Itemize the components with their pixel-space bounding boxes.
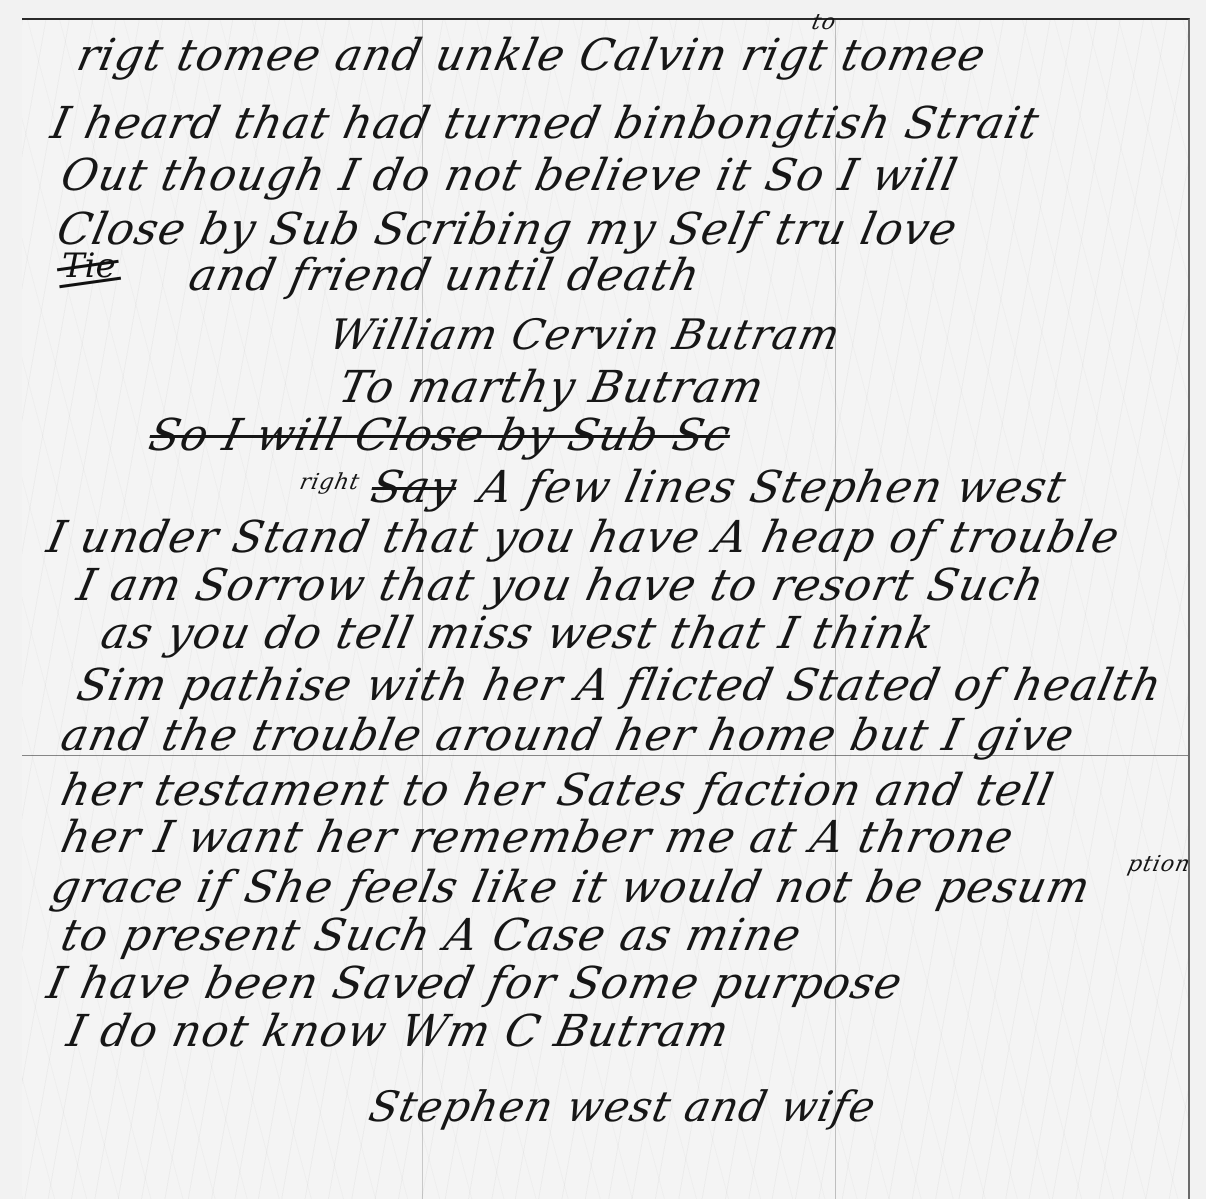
letter-line: rigt tomee and unkle Calvin rigt tomee — [73, 30, 991, 81]
letter-line: as you do tell miss west that I think — [97, 608, 939, 659]
struck-word: Say — [367, 462, 462, 513]
letter-line: to present Such A Case as mine — [57, 910, 807, 961]
letter-line: I have been Saved for Some purpose — [43, 958, 908, 1009]
letter-line: A few lines Stephen west — [475, 462, 1071, 513]
letter-line: Sim pathise with her A flicted Stated of… — [73, 660, 1167, 711]
recipient-line: To marthy Butram — [335, 362, 769, 413]
letter-line-with-signature: I do not know Wm C Butram — [63, 1006, 734, 1057]
letter-line: and the trouble around her home but I gi… — [57, 710, 1080, 761]
letter-line: I under Stand that you have A heap of tr… — [43, 512, 1125, 563]
letter-line: I heard that had turned binbongtish Stra… — [47, 98, 1044, 149]
letter-line: her testament to her Sates faction and t… — [57, 765, 1059, 816]
signature-william: William Cervin Butram — [325, 310, 845, 359]
signature-stephen-west: Stephen west and wife — [365, 1082, 881, 1131]
letter-line: Out though I do not believe it So I will — [57, 150, 963, 201]
letter-line: grace if She feels like it would not be … — [47, 862, 1096, 913]
letter-line: and friend until death — [185, 250, 705, 301]
insertion-mark: ption — [1125, 852, 1193, 877]
letter-line: Close by Sub Scribing my Self tru love — [53, 204, 963, 255]
letter-line: her I want her remember me at A throne — [57, 812, 1019, 863]
letter-line: I am Sorrow that you have to resort Such — [73, 560, 1049, 611]
struck-line: So I will Close by Sub Sc — [145, 410, 736, 461]
crossed-out-mark: Tie — [62, 246, 116, 286]
insertion-mark: right — [297, 470, 362, 495]
